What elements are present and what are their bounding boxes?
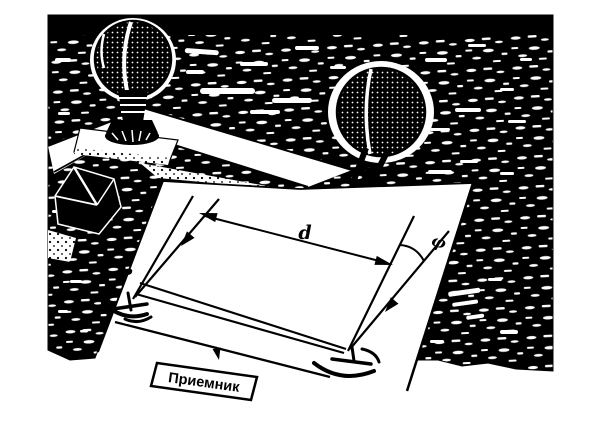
textbook-figure-page: d φ Б A Приемник <box>0 0 591 423</box>
radio-interferometer-illustration: d φ Б A Приемник <box>0 0 591 423</box>
dish-right <box>337 68 425 156</box>
distance-label: d <box>298 222 311 244</box>
dish-left <box>95 21 171 97</box>
